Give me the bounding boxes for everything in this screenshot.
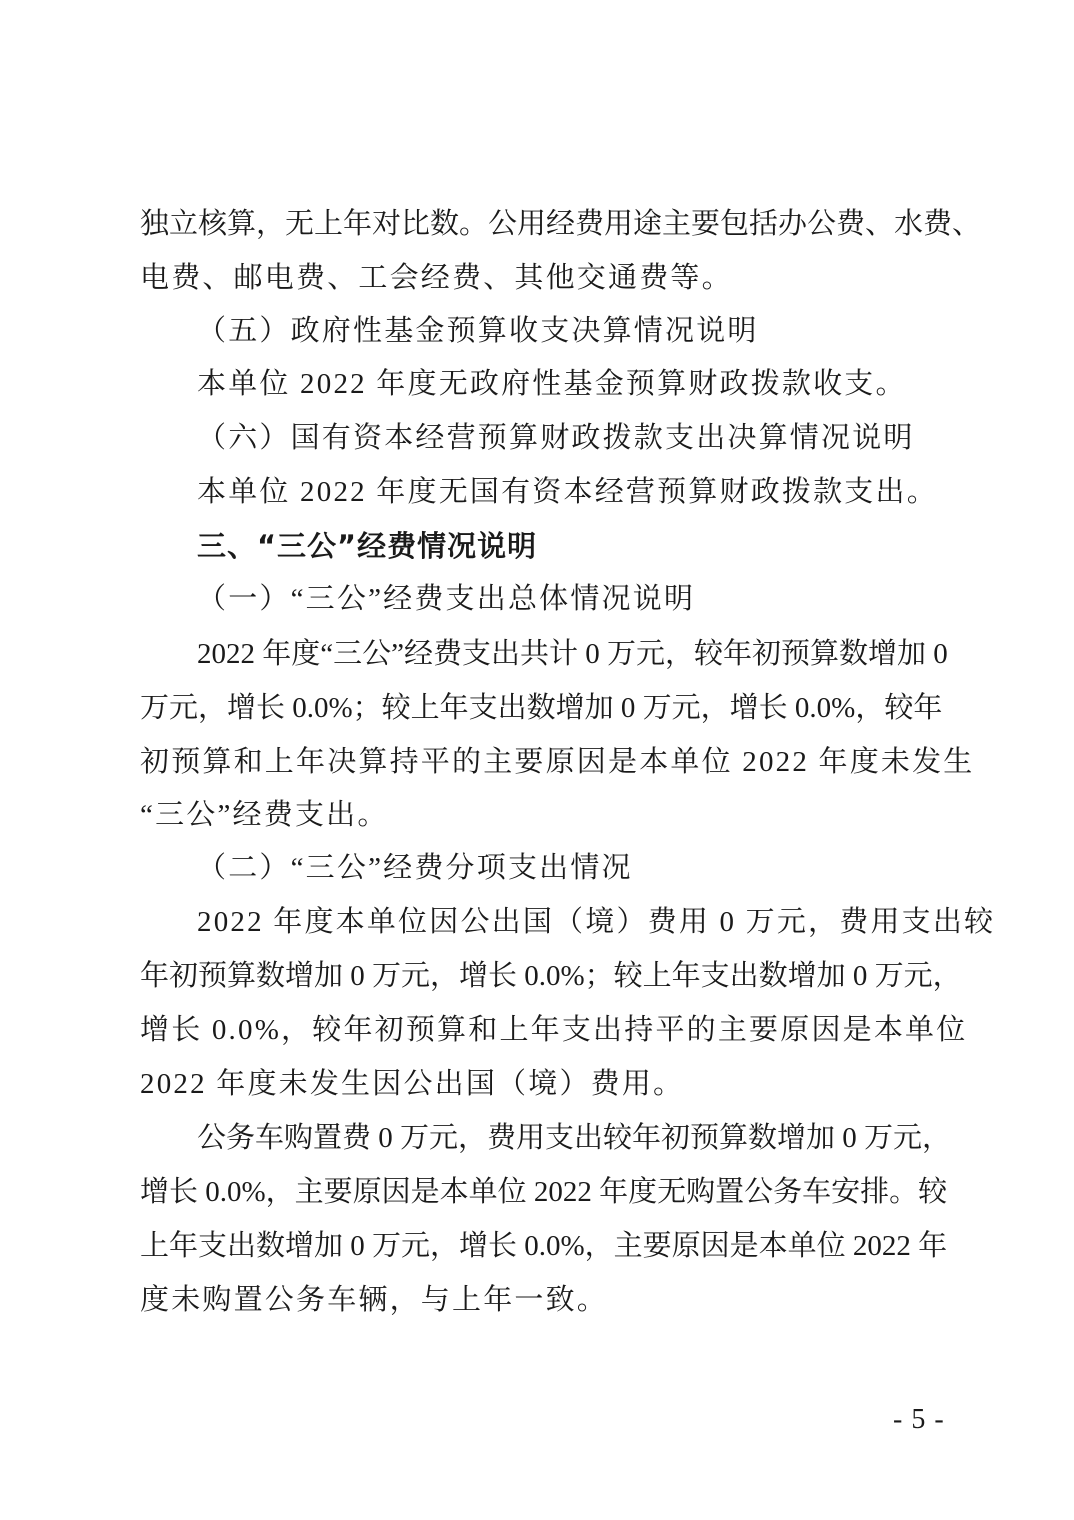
body-line: 上年支出数增加 0 万元，增长 0.0%，主要原因是本单位 2022 年 bbox=[140, 1226, 940, 1266]
body-line: 独立核算，无上年对比数。公用经费用途主要包括办公费、水费、 bbox=[140, 204, 940, 244]
section-subheading-five: （五）政府性基金预算收支决算情况说明 bbox=[197, 311, 997, 351]
body-line: 本单位 2022 年度无国有资本经营预算财政拨款支出。 bbox=[197, 472, 997, 512]
body-line: 2022 年度未发生因公出国（境）费用。 bbox=[140, 1064, 940, 1104]
body-line: 增长 0.0%，主要原因是本单位 2022 年度无购置公务车安排。较 bbox=[140, 1172, 940, 1212]
body-line: 2022 年度“三公”经费支出共计 0 万元，较年初预算数增加 0 bbox=[197, 634, 940, 674]
body-line: 2022 年度本单位因公出国（境）费用 0 万元，费用支出较 bbox=[197, 902, 997, 942]
body-line: 电费、邮电费、工会经费、其他交通费等。 bbox=[140, 258, 940, 298]
body-line: 度未购置公务车辆，与上年一致。 bbox=[140, 1280, 940, 1320]
body-line: 万元，增长 0.0%；较上年支出数增加 0 万元，增长 0.0%，较年 bbox=[140, 688, 940, 728]
section-subheading-six: （六）国有资本经营预算财政拨款支出决算情况说明 bbox=[197, 418, 997, 458]
section-heading-three: 三、“三公”经费情况说明 bbox=[197, 526, 997, 566]
section-subheading-one: （一）“三公”经费支出总体情况说明 bbox=[197, 579, 997, 619]
body-line: 初预算和上年决算持平的主要原因是本单位 2022 年度未发生 bbox=[140, 742, 940, 782]
body-line: 增长 0.0%，较年初预算和上年支出持平的主要原因是本单位 bbox=[140, 1010, 940, 1050]
page-number: - 5 - bbox=[893, 1402, 945, 1438]
body-line: 年初预算数增加 0 万元，增长 0.0%；较上年支出数增加 0 万元， bbox=[140, 956, 940, 996]
body-line: 公务车购置费 0 万元，费用支出较年初预算数增加 0 万元， bbox=[197, 1118, 940, 1158]
body-line: 本单位 2022 年度无政府性基金预算财政拨款收支。 bbox=[197, 364, 997, 404]
body-line: “三公”经费支出。 bbox=[140, 795, 940, 835]
document-page: 独立核算，无上年对比数。公用经费用途主要包括办公费、水费、 电费、邮电费、工会经… bbox=[0, 0, 1074, 1520]
section-subheading-two: （二）“三公”经费分项支出情况 bbox=[197, 848, 997, 888]
